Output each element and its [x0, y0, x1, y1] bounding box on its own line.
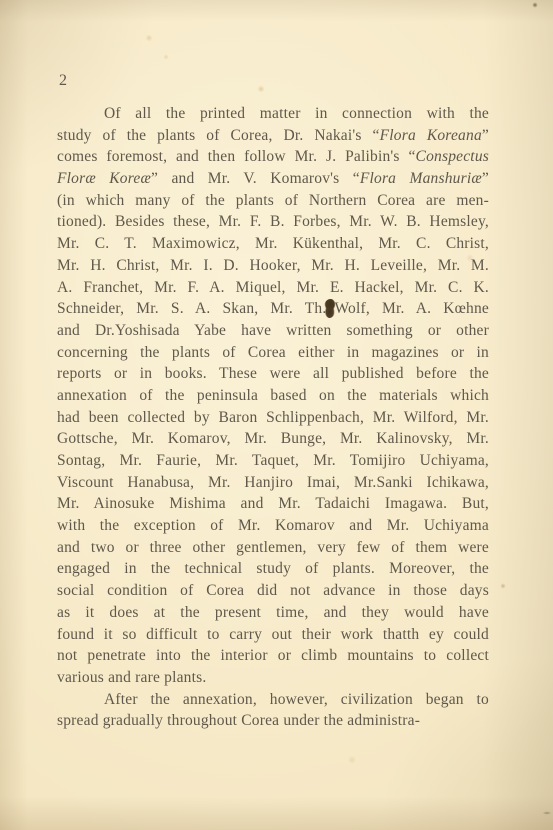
text-line: (in which many of the plants of Northern…	[57, 190, 489, 212]
text-segment: found it so difficult to carry out their…	[57, 626, 489, 643]
text-line: annexation of the peninsula based on the…	[57, 385, 489, 407]
text-segment: Sontag, Mr. Faurie, Mr. Taquet, Mr. Tomi…	[57, 452, 489, 469]
text-segment: ” and Mr. V. Komarov's “	[151, 170, 360, 187]
text-segment: and two or three other gentlemen, very f…	[57, 539, 489, 556]
text-segment: not penetrate into the interior or climb…	[57, 647, 489, 664]
text-segment: Schneider, Mr. S. A. Skan, Mr. Th.	[57, 300, 326, 317]
italic-title: Flora Manshuriæ	[360, 170, 482, 187]
text-segment: (in which many of the plants of Northern…	[57, 192, 489, 209]
text-segment: Of all the printed matter in connection …	[104, 105, 489, 122]
text-segment: as it does at the present time, and they…	[57, 604, 489, 621]
text-line: Schneider, Mr. S. A. Skan, Mr. Th.Wolf, …	[57, 298, 489, 320]
text-line: and Dr.Yoshisada Yabe have written somet…	[57, 320, 489, 342]
text-line: Viscount Hanabusa, Mr. Hanjiro Imai, Mr.…	[57, 472, 489, 494]
italic-title: Conspectus	[416, 148, 489, 165]
text-line: Mr. C. T. Maximowicz, Mr. Kükenthal, Mr.…	[57, 233, 489, 255]
text-segment: Viscount Hanabusa, Mr. Hanjiro Imai, Mr.…	[57, 474, 489, 491]
text-segment: comes foremost, and then follow Mr. J. P…	[57, 148, 416, 165]
text-segment: and Dr.Yoshisada Yabe have written somet…	[57, 322, 489, 339]
text-line: found it so difficult to carry out their…	[57, 624, 489, 646]
text-line: A. Franchet, Mr. F. A. Miquel, Mr. E. Ha…	[57, 277, 489, 299]
text-segment: ”	[482, 127, 489, 144]
text-segment: with the exception of Mr. Komarov and Mr…	[57, 517, 489, 534]
text-segment: Mr. Ainosuke Mishima and Mr. Tadaichi Im…	[57, 495, 489, 512]
text-segment: ”	[482, 170, 489, 187]
text-segment: Mr. H. Christ, Mr. I. D. Hooker, Mr. H. …	[57, 257, 489, 274]
text-line: had been collected by Baron Schlippenbac…	[57, 407, 489, 429]
text-line: spread gradually throughout Corea under …	[57, 710, 489, 732]
text-segment: concerning the plants of Corea either in…	[57, 344, 489, 361]
text-segment: engaged in the technical study of plants…	[57, 560, 489, 577]
text-segment: reports or in books. These were all publ…	[57, 365, 489, 382]
text-line: social condition of Corea did not advanc…	[57, 580, 489, 602]
text-line: not penetrate into the interior or climb…	[57, 645, 489, 667]
text-line: tioned). Besides these, Mr. F. B. Forbes…	[57, 211, 489, 233]
text-segment: Mr. C. T. Maximowicz, Mr. Kükenthal, Mr.…	[57, 235, 489, 252]
book-page: 2 Of all the printed matter in connectio…	[0, 0, 553, 830]
text-line: and two or three other gentlemen, very f…	[57, 537, 489, 559]
text-segment: After the annexation, however, civilizat…	[104, 691, 489, 708]
paragraph: Of all the printed matter in connection …	[57, 103, 489, 689]
text-line: comes foremost, and then follow Mr. J. P…	[57, 146, 489, 168]
text-segment: Gottsche, Mr. Komarov, Mr. Bunge, Mr. Ka…	[57, 430, 489, 447]
text-line: Gottsche, Mr. Komarov, Mr. Bunge, Mr. Ka…	[57, 428, 489, 450]
paragraph: After the annexation, however, civilizat…	[57, 689, 489, 732]
text-line: as it does at the present time, and they…	[57, 602, 489, 624]
text-segment: tioned). Besides these, Mr. F. B. Forbes…	[57, 213, 489, 230]
text-line: engaged in the technical study of plants…	[57, 558, 489, 580]
text-line: reports or in books. These were all publ…	[57, 363, 489, 385]
text-segment: A. Franchet, Mr. F. A. Miquel, Mr. E. Ha…	[57, 279, 489, 296]
text-line: study of the plants of Corea, Dr. Nakai'…	[57, 125, 489, 147]
text-segment: Wolf, Mr. A. Kœhne	[334, 300, 489, 317]
text-line: Of all the printed matter in connection …	[57, 103, 489, 125]
text-segment: spread gradually throughout Corea under …	[57, 712, 420, 729]
text-line: various and rare plants.	[57, 667, 489, 689]
page-number: 2	[59, 72, 68, 90]
text-line: concerning the plants of Corea either in…	[57, 342, 489, 364]
text-line: Sontag, Mr. Faurie, Mr. Taquet, Mr. Tomi…	[57, 450, 489, 472]
text-line: with the exception of Mr. Komarov and Mr…	[57, 515, 489, 537]
page-text: Of all the printed matter in connection …	[57, 103, 489, 732]
text-segment: social condition of Corea did not advanc…	[57, 582, 489, 599]
text-line: Mr. H. Christ, Mr. I. D. Hooker, Mr. H. …	[57, 255, 489, 277]
text-segment: various and rare plants.	[57, 669, 206, 686]
text-line: Floræ Koreæ” and Mr. V. Komarov's “Flora…	[57, 168, 489, 190]
italic-title: Flora Koreana	[380, 127, 482, 144]
italic-title: Floræ Koreæ	[57, 170, 151, 187]
text-segment: had been collected by Baron Schlippenbac…	[57, 409, 489, 426]
text-segment: study of the plants of Corea, Dr. Nakai'…	[57, 127, 380, 144]
text-segment: annexation of the peninsula based on the…	[57, 387, 489, 404]
text-line: After the annexation, however, civilizat…	[57, 689, 489, 711]
text-line: Mr. Ainosuke Mishima and Mr. Tadaichi Im…	[57, 493, 489, 515]
